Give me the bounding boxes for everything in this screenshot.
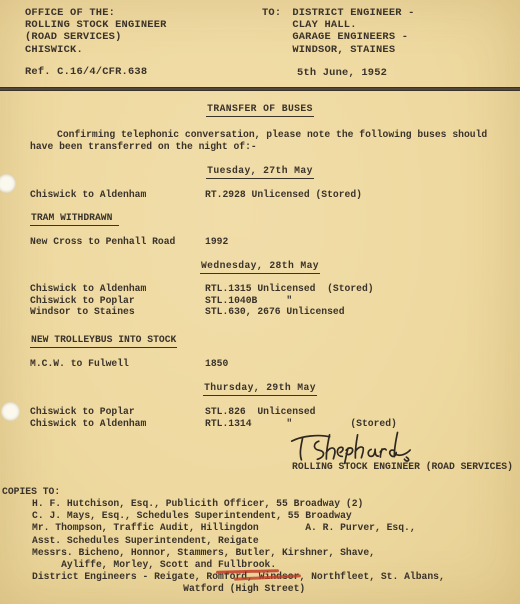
recipient-line: CLAY HALL.: [292, 19, 414, 31]
memo-page: OFFICE OF THE: ROLLING STOCK ENGINEER (R…: [0, 0, 520, 604]
intro-line: have been transferred on the night of:-: [30, 141, 505, 153]
section-date-heading: Thursday, 29th May: [203, 382, 317, 396]
route-label: Chiswick to Aldenham: [30, 418, 205, 430]
fleet-detail: STL.826 Unlicensed: [205, 406, 315, 418]
recipient-address: TO: DISTRICT ENGINEER - CLAY HALL. GARAG…: [262, 7, 415, 56]
copy-line-text: , Northfleet, St. Albans,: [299, 571, 444, 582]
transfer-rows: M.C.W. to Fulwell 1850: [30, 358, 228, 370]
copy-line: District Engineers - Reigate, Romford, W…: [32, 571, 445, 583]
recipient-line: GARAGE ENGINEERS -: [292, 31, 414, 43]
section-date-heading: Wednesday, 28th May: [200, 260, 320, 274]
copy-line: Ayliffe, Morley, Scott and Fullbrook.: [32, 559, 445, 571]
copy-line: Asst. Schedules Superintendent, Reigate: [32, 535, 445, 547]
subsection-heading-wrap: TRAM WITHDRAWN: [30, 212, 119, 226]
copy-line: C. J. Mays, Esq., Schedules Superintende…: [32, 510, 445, 522]
recipient-line: DISTRICT ENGINEER -: [292, 7, 414, 19]
route-label: New Cross to Penhall Road: [30, 236, 205, 248]
transfer-row: M.C.W. to Fulwell 1850: [30, 358, 228, 370]
intro-paragraph: Confirming telephonic conversation, plea…: [30, 129, 505, 153]
transfer-row: Chiswick to Poplar STL.826 Unlicensed: [30, 406, 397, 418]
route-label: Chiswick to Poplar: [30, 295, 205, 307]
copy-line: Mr. Thompson, Traffic Audit, Hillingdon …: [32, 522, 445, 534]
transfer-rows: Chiswick to Aldenham RT.2928 Unlicensed …: [30, 189, 362, 201]
section-date-heading: Tuesday, 27th May: [206, 165, 314, 179]
route-label: M.C.W. to Fulwell: [30, 358, 205, 370]
transfer-row: Windsor to Staines STL.630, 2676 Unlicen…: [30, 306, 374, 318]
signatory-title: ROLLING STOCK ENGINEER (ROAD SERVICES): [292, 461, 513, 473]
memo-date: 5th June, 1952: [297, 67, 387, 79]
to-label: TO:: [262, 7, 281, 56]
transfer-row: Chiswick to Aldenham RTL.1314 " (Stored): [30, 418, 397, 430]
fleet-detail: 1992: [205, 236, 228, 248]
fleet-detail: RTL.1314 " (Stored): [205, 418, 397, 430]
section-date-heading-wrap: Thursday, 29th May: [0, 382, 520, 396]
subsection-heading: NEW TROLLEYBUS INTO STOCK: [30, 334, 177, 348]
reference-number: Ref. C.16/4/CFR.638: [25, 66, 147, 78]
fleet-detail: RT.2928 Unlicensed (Stored): [205, 189, 362, 201]
transfer-row: Chiswick to Aldenham RTL.1315 Unlicensed…: [30, 283, 374, 295]
red-underline-mark: Fullbrook.: [218, 559, 276, 570]
subsection-heading: TRAM WITHDRAWN: [30, 212, 119, 226]
sender-line: ROLLING STOCK ENGINEER: [25, 19, 167, 31]
fleet-detail: STL.630, 2676 Unlicensed: [205, 306, 345, 318]
document-title: TRANSFER OF BUSES: [206, 103, 314, 117]
red-strike-mark: rd, Windsor: [235, 571, 299, 582]
route-label: Windsor to Staines: [30, 306, 205, 318]
sender-line: (ROAD SERVICES): [25, 31, 167, 43]
fleet-detail: STL.1040B ": [205, 295, 292, 307]
transfer-row: New Cross to Penhall Road 1992: [30, 236, 228, 248]
copy-line-text: Ayliffe, Morley, Scott and: [32, 559, 218, 570]
intro-line: Confirming telephonic conversation, plea…: [30, 129, 505, 141]
copy-line: Watford (High Street): [32, 583, 445, 595]
sender-line: OFFICE OF THE:: [25, 7, 167, 19]
recipient-line: WINDSOR, STAINES: [292, 44, 414, 56]
fleet-detail: RTL.1315 Unlicensed (Stored): [205, 283, 374, 295]
transfer-row: Chiswick to Poplar STL.1040B ": [30, 295, 374, 307]
section-date-heading-wrap: Wednesday, 28th May: [0, 260, 520, 274]
document-title-wrap: TRANSFER OF BUSES: [0, 103, 520, 117]
route-label: Chiswick to Aldenham: [30, 189, 205, 201]
transfer-rows: Chiswick to Poplar STL.826 Unlicensed Ch…: [30, 406, 397, 429]
copy-line: Messrs. Bicheno, Honnor, Stammers, Butle…: [32, 547, 445, 559]
copy-line-text: District Engineers - Reigate, Romfo: [32, 571, 235, 582]
sender-address: OFFICE OF THE: ROLLING STOCK ENGINEER (R…: [25, 7, 167, 56]
route-label: Chiswick to Aldenham: [30, 283, 205, 295]
copy-line: H. F. Hutchison, Esq., Publicith Officer…: [32, 498, 445, 510]
copies-to-label: COPIES TO:: [2, 486, 60, 498]
header-divider: [0, 87, 520, 91]
hole-punch-bottom: [1, 402, 20, 421]
transfer-rows: Chiswick to Aldenham RTL.1315 Unlicensed…: [30, 283, 374, 318]
section-date-heading-wrap: Tuesday, 27th May: [0, 165, 520, 179]
transfer-rows: New Cross to Penhall Road 1992: [30, 236, 228, 248]
copies-list: H. F. Hutchison, Esq., Publicith Officer…: [32, 498, 445, 596]
route-label: Chiswick to Poplar: [30, 406, 205, 418]
fleet-detail: 1850: [205, 358, 228, 370]
subsection-heading-wrap: NEW TROLLEYBUS INTO STOCK: [30, 334, 177, 348]
recipient-lines: DISTRICT ENGINEER - CLAY HALL. GARAGE EN…: [292, 7, 414, 56]
sender-line: CHISWICK.: [25, 44, 167, 56]
transfer-row: Chiswick to Aldenham RT.2928 Unlicensed …: [30, 189, 362, 201]
